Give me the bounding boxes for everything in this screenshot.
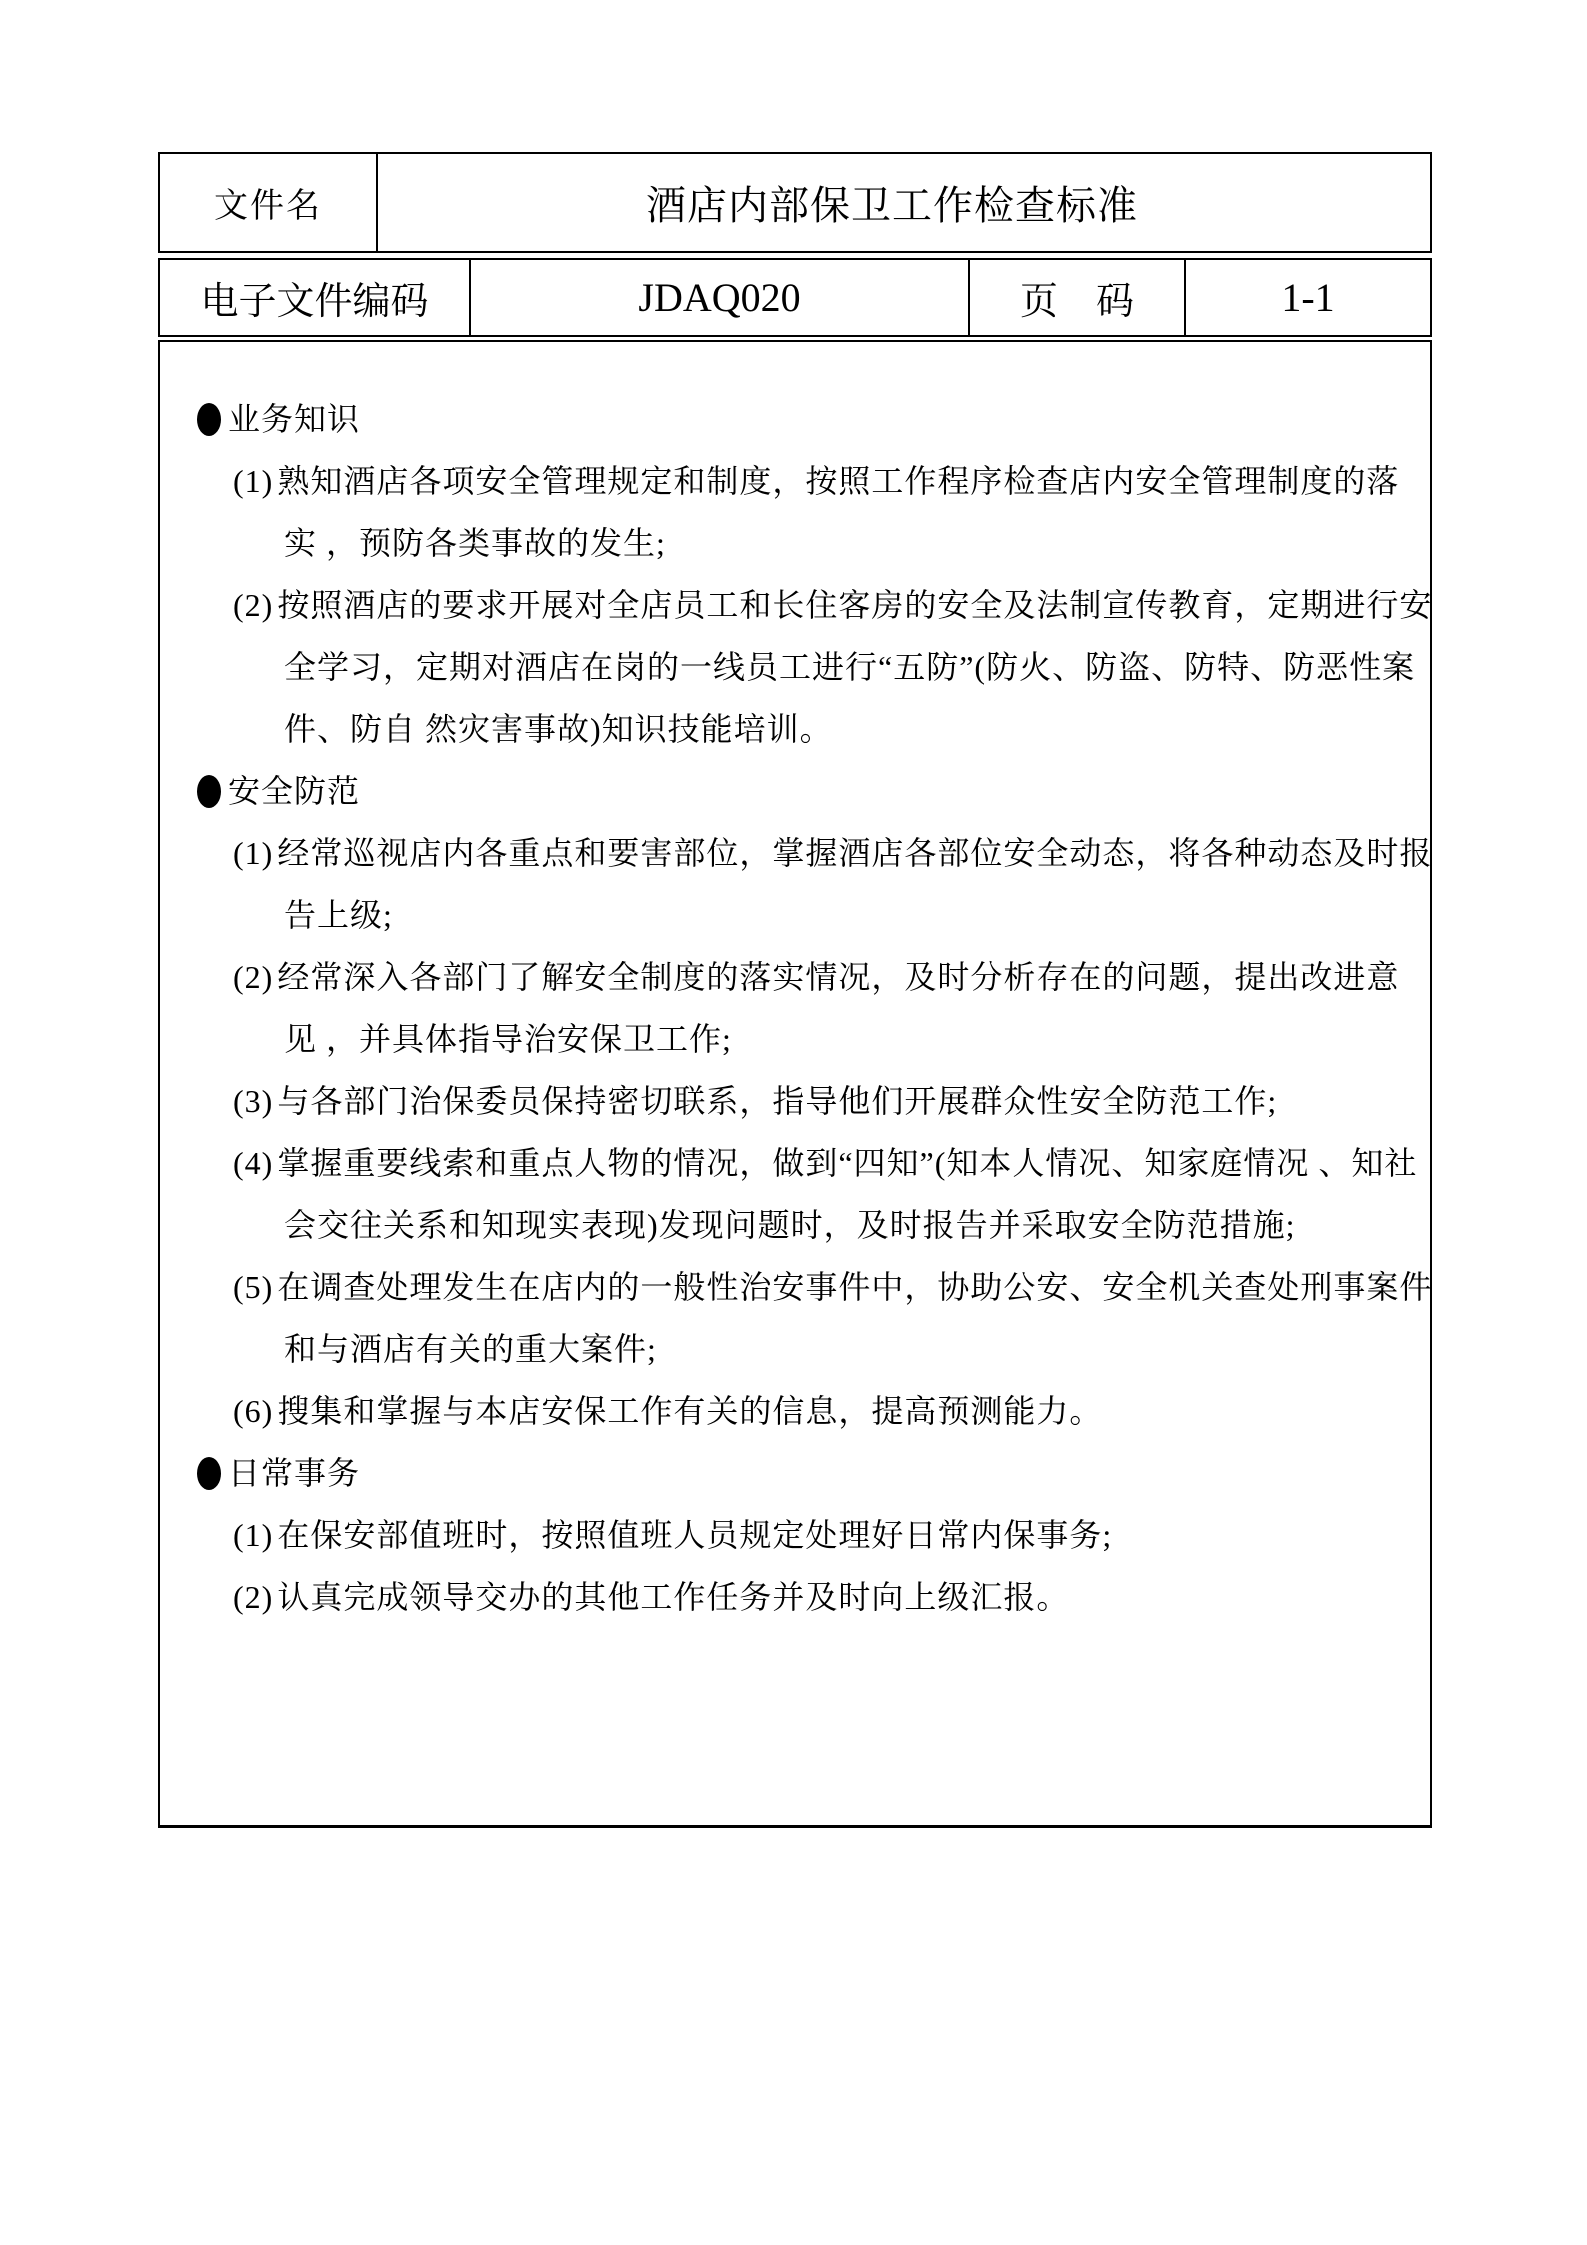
- document-title: 酒店内部保卫工作检查标准: [378, 154, 1430, 251]
- section-heading: 日常事务: [160, 1442, 1430, 1504]
- section-bullet-icon: [197, 1457, 221, 1490]
- page-number-label: 页 码: [970, 260, 1186, 335]
- list-item-line: (2)按照酒店的要求开展对全店员工和长住客房的安全及法制宣传教育，定期进行安: [160, 574, 1430, 636]
- list-item-number: (2): [233, 959, 273, 995]
- list-item-number: (2): [233, 587, 273, 623]
- list-item-number: (2): [233, 1579, 273, 1615]
- list-item-text: 掌握重要线索和重点人物的情况，做到“四知”(知本人情况、知家庭情况 、知社: [277, 1145, 1417, 1181]
- list-item-number: (3): [233, 1083, 273, 1119]
- list-item-text: 认真完成领导交办的其他工作任务并及时向上级汇报。: [277, 1579, 1069, 1615]
- list-item-number: (4): [233, 1145, 273, 1181]
- section-title: 日常事务: [228, 1455, 360, 1491]
- file-name-label: 文件名: [160, 154, 378, 251]
- header-table-row1: 文件名 酒店内部保卫工作检查标准: [158, 152, 1432, 253]
- header-table-row2: 电子文件编码 JDAQ020 页 码 1-1: [158, 258, 1432, 337]
- list-item-number: (6): [233, 1393, 273, 1429]
- section-bullet-icon: [197, 403, 221, 436]
- list-item-continuation: 见 ，并具体指导治安保卫工作;: [160, 1008, 1430, 1070]
- list-item-line: (1)熟知酒店各项安全管理规定和制度，按照工作程序检查店内安全管理制度的落: [160, 450, 1430, 512]
- list-item-text: 熟知酒店各项安全管理规定和制度，按照工作程序检查店内安全管理制度的落: [277, 463, 1399, 499]
- list-item-number: (1): [233, 1517, 273, 1553]
- list-item-continuation: 全学习，定期对酒店在岗的一线员工进行“五防”(防火、防盗、防特、防恶性案: [160, 636, 1430, 698]
- list-item-continuation: 告上级;: [160, 884, 1430, 946]
- list-item-line: (3)与各部门治保委员保持密切联系，指导他们开展群众性安全防范工作;: [160, 1070, 1430, 1132]
- list-item-text: 按照酒店的要求开展对全店员工和长住客房的安全及法制宣传教育，定期进行安: [277, 587, 1430, 623]
- list-item-line: (1)经常巡视店内各重点和要害部位，掌握酒店各部位安全动态，将各种动态及时报: [160, 822, 1430, 884]
- list-item-continuation: 和与酒店有关的重大案件;: [160, 1318, 1430, 1380]
- document-page: 文件名 酒店内部保卫工作检查标准 电子文件编码 JDAQ020 页 码 1-1 …: [0, 0, 1587, 2245]
- file-code-label: 电子文件编码: [160, 260, 471, 335]
- list-item-line: (6)搜集和掌握与本店安保工作有关的信息，提高预测能力。: [160, 1380, 1430, 1442]
- list-item-line: (1)在保安部值班时，按照值班人员规定处理好日常内保事务;: [160, 1504, 1430, 1566]
- list-item-line: (4)掌握重要线索和重点人物的情况，做到“四知”(知本人情况、知家庭情况 、知社: [160, 1132, 1430, 1194]
- list-item-text: 搜集和掌握与本店安保工作有关的信息，提高预测能力。: [277, 1393, 1102, 1429]
- list-item-line: (5)在调查处理发生在店内的一般性治安事件中，协助公安、安全机关查处刑事案件: [160, 1256, 1430, 1318]
- list-item-continuation: 会交往关系和知现实表现)发现问题时，及时报告并采取安全防范措施;: [160, 1194, 1430, 1256]
- list-item-text: 在保安部值班时，按照值班人员规定处理好日常内保事务;: [277, 1517, 1112, 1553]
- section-title: 业务知识: [228, 401, 360, 437]
- file-code-value: JDAQ020: [471, 260, 970, 335]
- list-item-number: (1): [233, 463, 273, 499]
- section-title: 安全防范: [228, 773, 360, 809]
- list-item-line: (2)经常深入各部门了解安全制度的落实情况，及时分析存在的问题，提出改进意: [160, 946, 1430, 1008]
- list-item-text: 经常深入各部门了解安全制度的落实情况，及时分析存在的问题，提出改进意: [277, 959, 1399, 995]
- list-item-number: (5): [233, 1269, 273, 1305]
- list-item-line: (2)认真完成领导交办的其他工作任务并及时向上级汇报。: [160, 1566, 1430, 1628]
- page-number-value: 1-1: [1186, 260, 1430, 335]
- list-item-number: (1): [233, 835, 273, 871]
- list-item-text: 在调查处理发生在店内的一般性治安事件中，协助公安、安全机关查处刑事案件: [277, 1269, 1430, 1305]
- list-item-continuation: 件、防自 然灾害事故)知识技能培训。: [160, 698, 1430, 760]
- list-item-continuation: 实 ，预防各类事故的发生;: [160, 512, 1430, 574]
- list-item-text: 与各部门治保委员保持密切联系，指导他们开展群众性安全防范工作;: [277, 1083, 1277, 1119]
- section-heading: 安全防范: [160, 760, 1430, 822]
- section-bullet-icon: [197, 775, 221, 808]
- list-item-text: 经常巡视店内各重点和要害部位，掌握酒店各部位安全动态，将各种动态及时报: [277, 835, 1430, 871]
- section-heading: 业务知识: [160, 388, 1430, 450]
- document-body: 业务知识(1)熟知酒店各项安全管理规定和制度，按照工作程序检查店内安全管理制度的…: [158, 340, 1432, 1828]
